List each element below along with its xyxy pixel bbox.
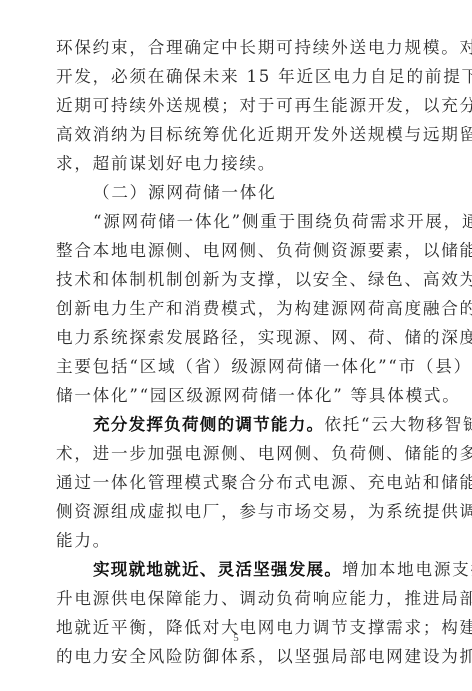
text-line: 环保约束，合理确定中长期可持续外送电力规模。对于煤电 [56, 33, 408, 62]
text-line: “源网荷储一体化”侧重于围绕负荷需求开展，通过优化 [56, 207, 408, 236]
text-line: 通过一体化管理模式聚合分布式电源、充电站和储能等负荷 [56, 468, 408, 497]
text-span: 依托“云大物移智链”等技 [324, 415, 472, 434]
bold-lead-text: 实现就地就近、灵活坚强发展。 [93, 560, 342, 579]
text-line: 开发，必须在确保未来 15 年近区电力自足的前提下，明确 [56, 62, 408, 91]
paragraph-load-side-regulation: 充分发挥负荷侧的调节能力。依托“云大物移智链”等技 术，进一步加强电源侧、电网侧… [56, 410, 408, 555]
paragraph-local-flexible-development: 实现就地就近、灵活坚强发展。增加本地电源支撑，提 升电源供电保障能力、调动负荷响… [56, 555, 408, 671]
document-page: 环保约束，合理确定中长期可持续外送电力规模。对于煤电 开发，必须在确保未来 15… [56, 33, 408, 671]
text-line: 实现就地就近、灵活坚强发展。增加本地电源支撑，提 [56, 555, 408, 584]
page-number: 5 [0, 632, 472, 644]
text-line: 求，超前谋划好电力接续。 [56, 149, 408, 178]
text-line: 侧资源组成虚拟电厂，参与市场交易，为系统提供调节支撑 [56, 497, 408, 526]
bold-lead-text: 充分发挥负荷侧的调节能力。 [93, 415, 324, 434]
text-line: 整合本地电源侧、电网侧、负荷侧资源要素，以储能等先进 [56, 236, 408, 265]
text-line: 升电源供电保障能力、调动负荷响应能力，推进局部电力就 [56, 584, 408, 613]
text-line: 术，进一步加强电源侧、电网侧、负荷侧、储能的多向互动， [56, 439, 408, 468]
text-line: 创新电力生产和消费模式，为构建源网荷高度融合的新一代 [56, 294, 408, 323]
text-line: 电力系统探索发展路径，实现源、网、荷、储的深度协同， [56, 323, 408, 352]
paragraph-source-grid-load-storage: “源网荷储一体化”侧重于围绕负荷需求开展，通过优化 整合本地电源侧、电网侧、负荷… [56, 207, 408, 410]
text-line: 主要包括“区域（省）级源网荷储一体化”“市（县）级源网荷 [56, 352, 408, 381]
text-line: 技术和体制机制创新为支撑，以安全、绿色、高效为目标， [56, 265, 408, 294]
section-heading: （二）源网荷储一体化 [56, 178, 408, 207]
text-line: 储一体化”“园区级源网荷储一体化” 等具体模式。 [56, 381, 408, 410]
text-line: 高效消纳为目标统筹优化近期开发外送规模与远期留存需 [56, 120, 408, 149]
text-line: 的电力安全风险防御体系，以坚强局部电网建设为抓手，提 [56, 642, 408, 671]
text-line: 近期可持续外送规模；对于可再生能源开发，以充分利用、 [56, 91, 408, 120]
text-line: 充分发挥负荷侧的调节能力。依托“云大物移智链”等技 [56, 410, 408, 439]
paragraph-continued: 环保约束，合理确定中长期可持续外送电力规模。对于煤电 开发，必须在确保未来 15… [56, 33, 408, 178]
text-line: 能力。 [56, 526, 408, 555]
text-span: 增加本地电源支撑，提 [342, 560, 472, 579]
